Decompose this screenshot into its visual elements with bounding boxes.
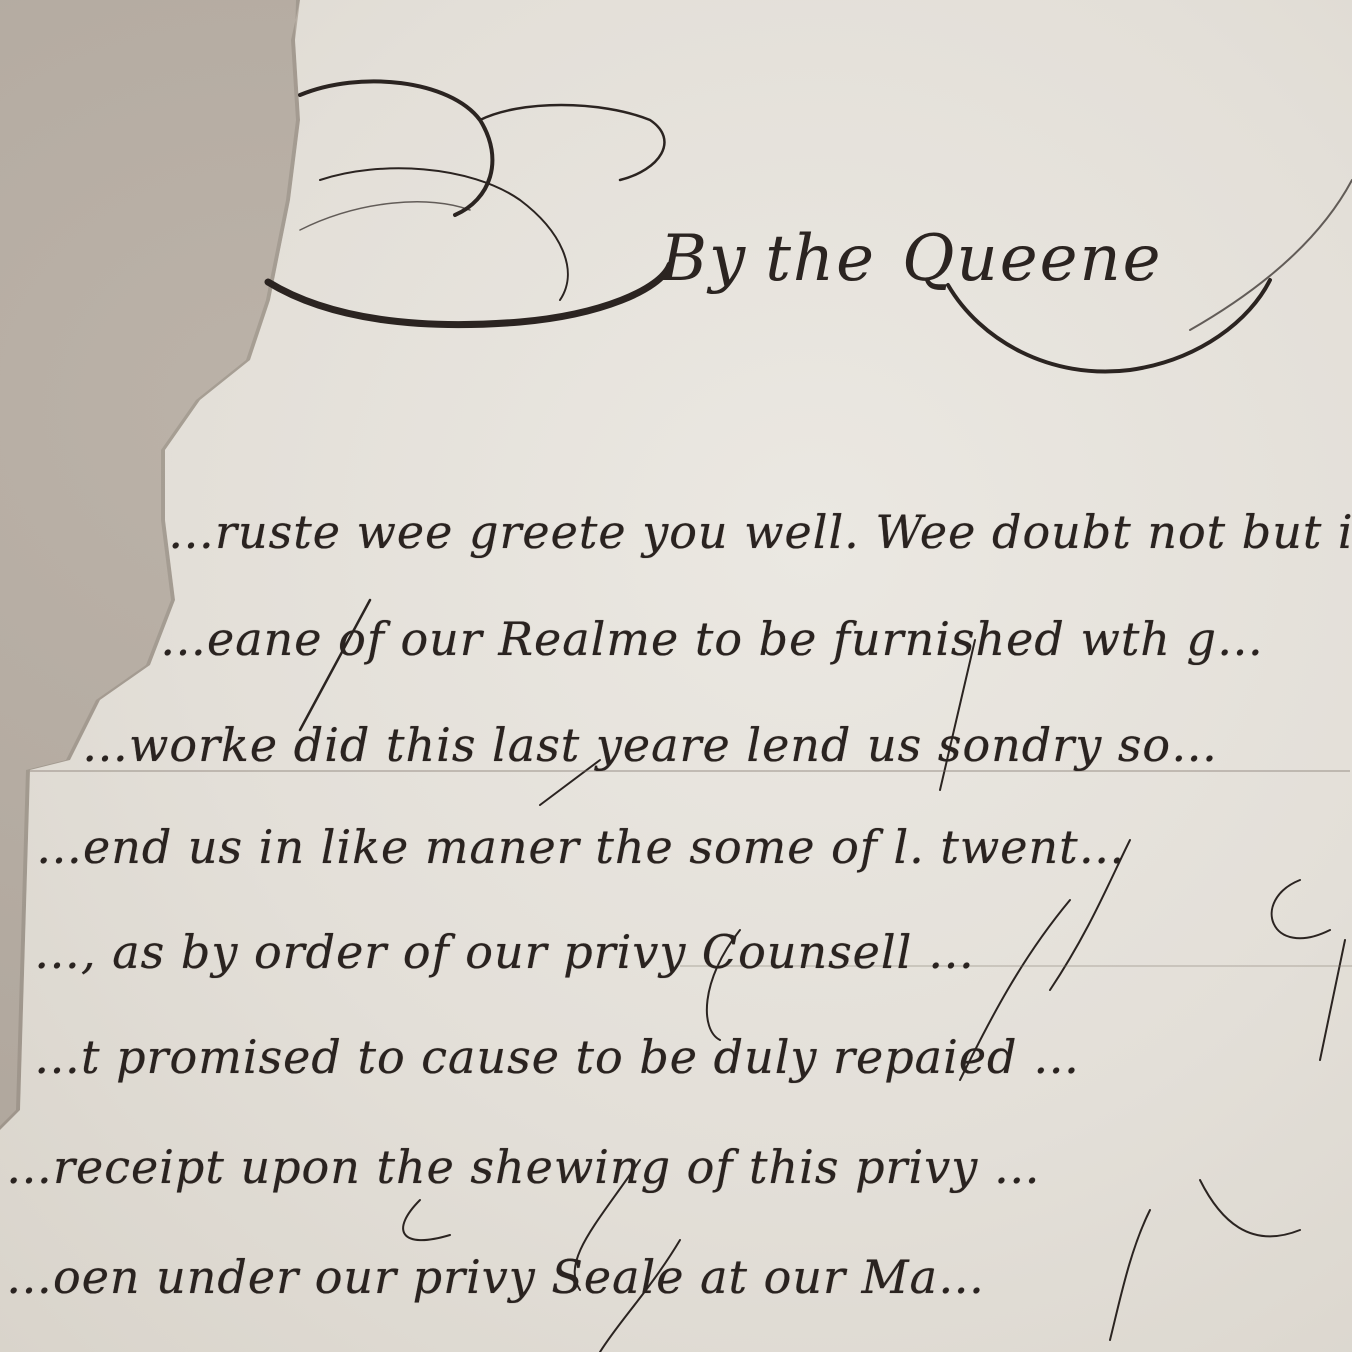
document-heading: BytheQueene [660,222,1163,296]
manuscript-line-4: …end us in like maner the some of l. twe… [36,820,1126,874]
photo-stage: BytheQueene …ruste wee greete you well. … [0,0,1352,1352]
manuscript-line-7: …receipt upon the shewing of this privy … [6,1140,1041,1194]
manuscript-line-8: …oen under our privy Seale at our Ma… [6,1250,985,1304]
heading-word-the: the [765,222,876,296]
manuscript-line-2: …eane of our Realme to be furnished wth … [160,612,1264,666]
manuscript-line-1: …ruste wee greete you well. Wee doubt no… [168,505,1352,559]
manuscript-line-3: …worke did this last yeare lend us sondr… [82,718,1218,772]
heading-word-by: By [660,222,747,296]
heading-word-queene: Queene [902,222,1163,296]
manuscript-line-5: …, as by order of our privy Counsell … [34,925,975,979]
manuscript-line-6: …t promised to cause to be duly repaied … [34,1030,1080,1084]
